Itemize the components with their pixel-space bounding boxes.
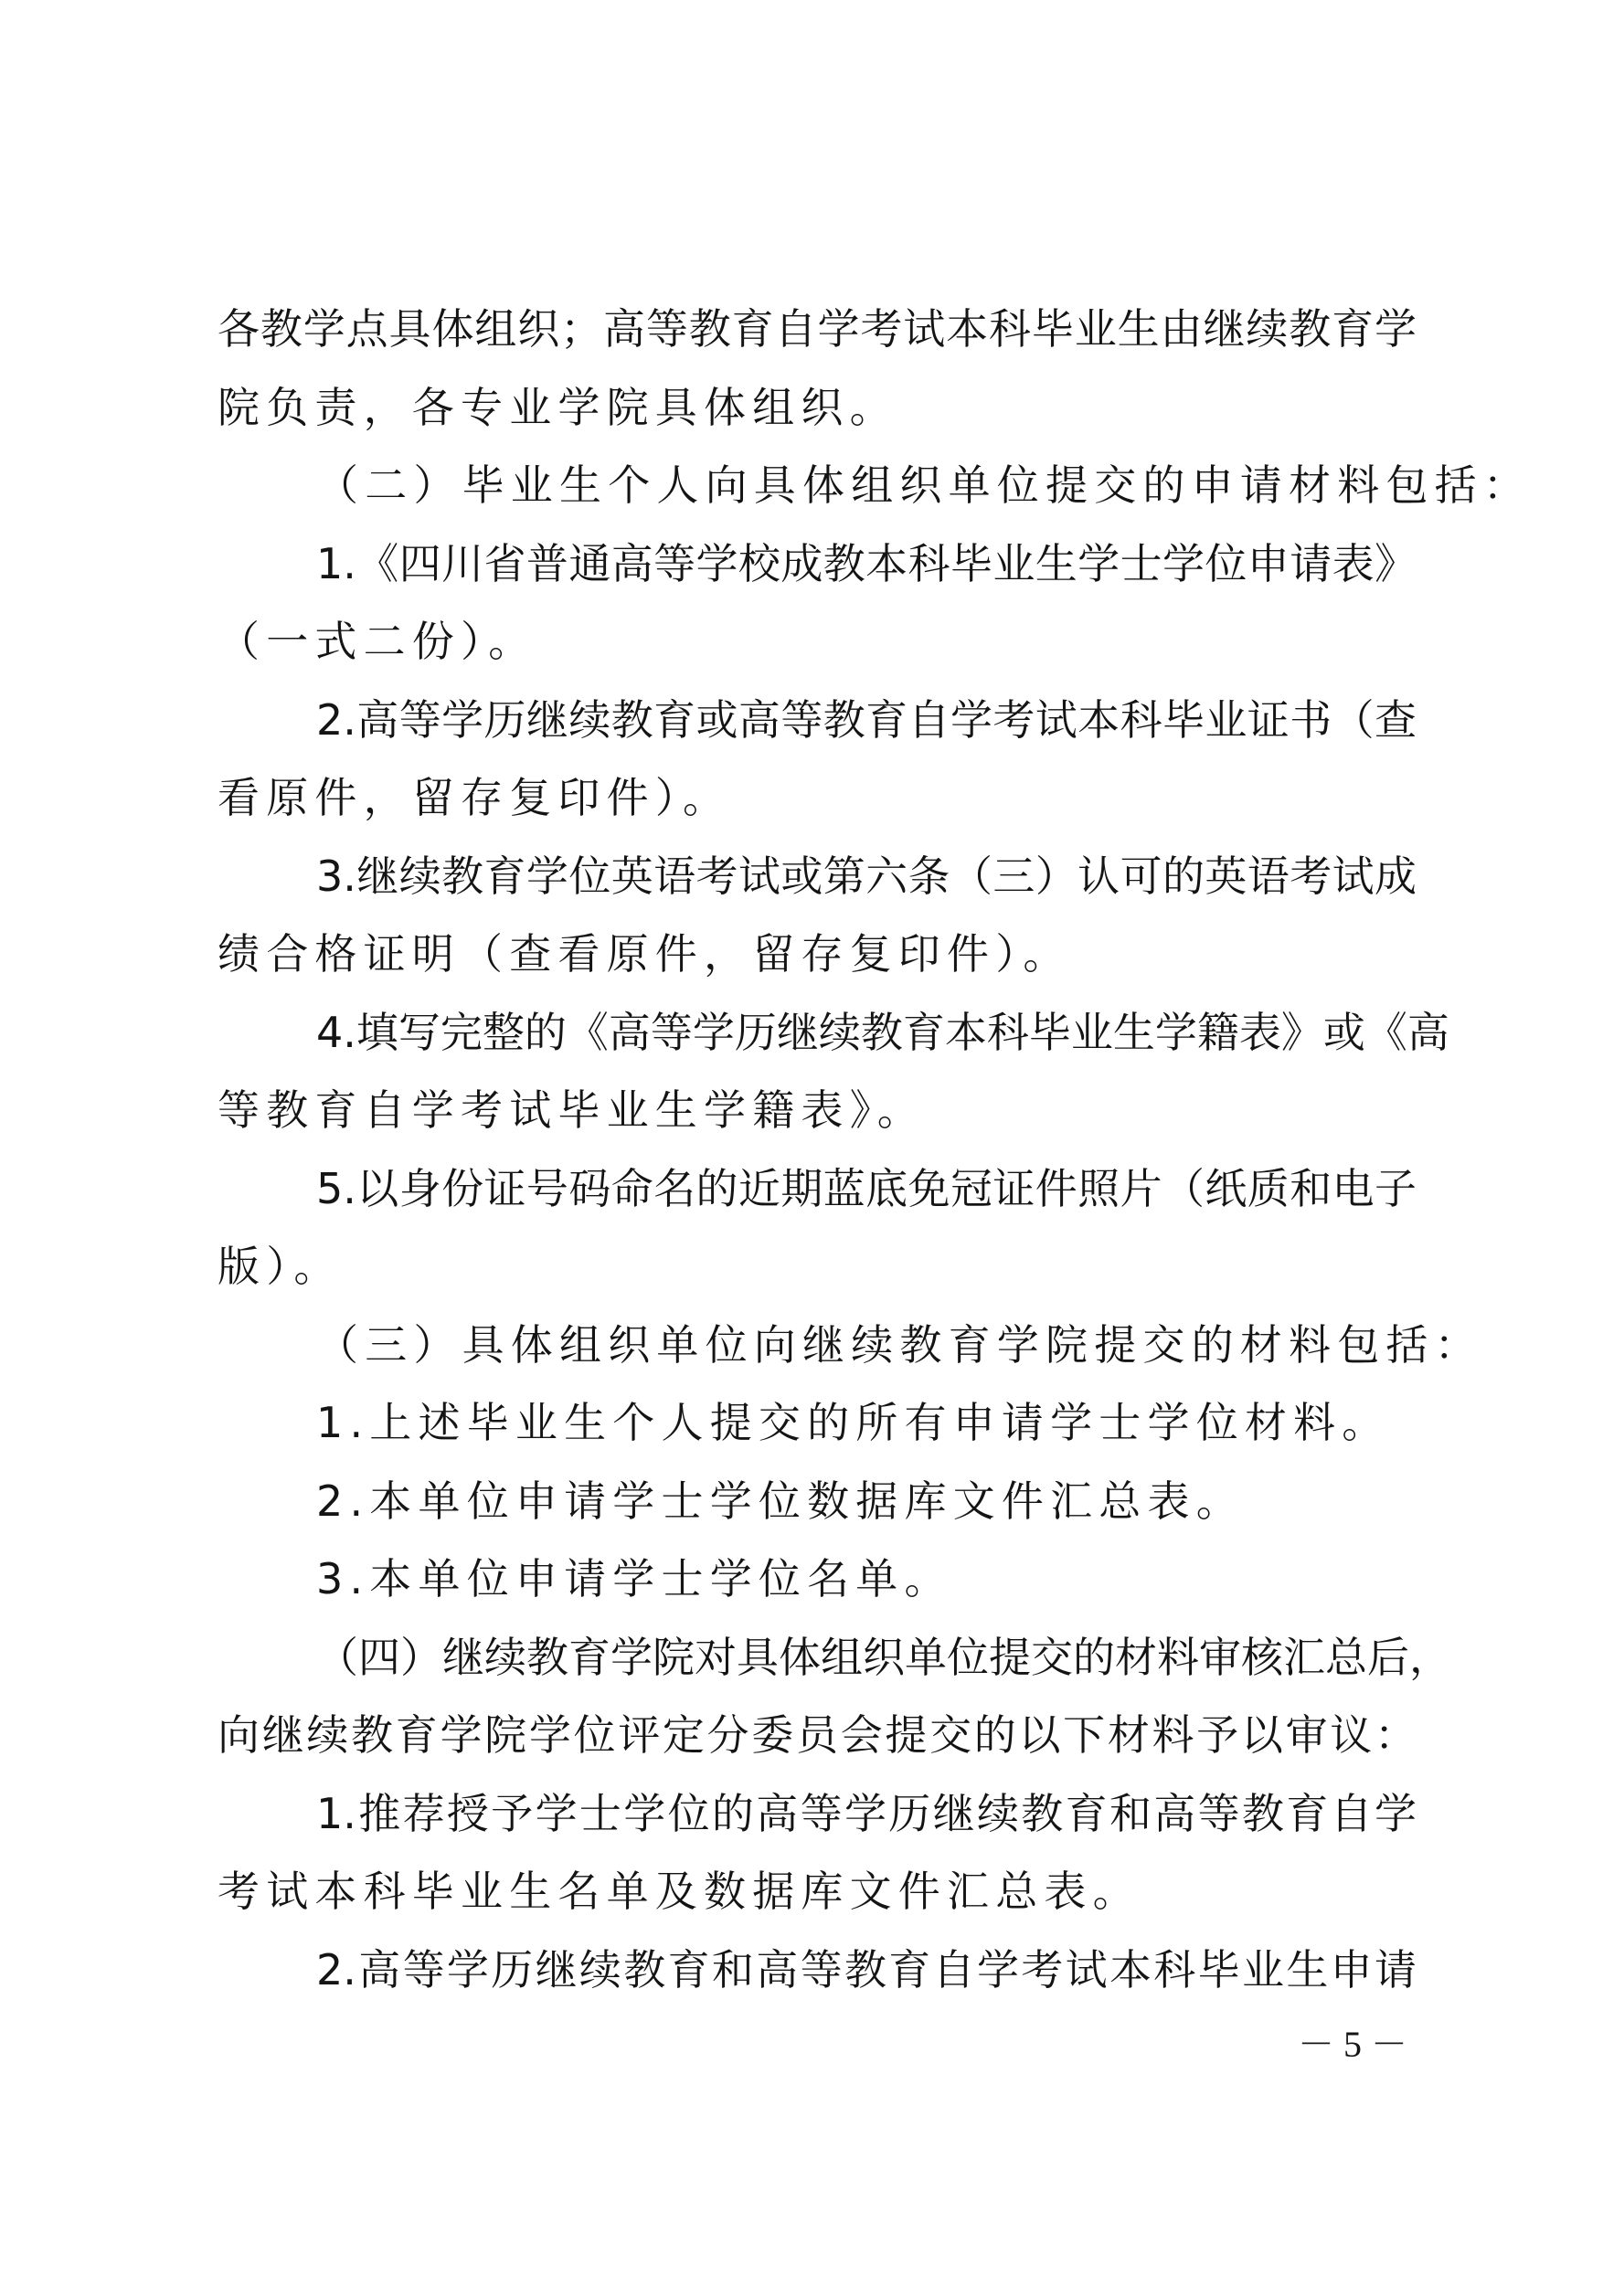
list-item: 2.高等学历继续教育和高等教育自学考试本科毕业生申请 xyxy=(218,1931,1417,2010)
list-item: 1.《四川省普通高等学校成教本科毕业生学士学位申请表》 xyxy=(218,525,1417,604)
list-item: 2.本单位申请学士学位数据库文件汇总表。 xyxy=(218,1463,1417,1541)
list-item: 4.填写完整的《高等学历继续教育本科毕业生学籍表》或《高 xyxy=(218,994,1417,1073)
section-heading-2: （二）毕业生个人向具体组织单位提交的申请材料包括： xyxy=(218,447,1417,525)
section-heading-3: （三）具体组织单位向继续教育学院提交的材料包括： xyxy=(218,1307,1417,1385)
text-line: 考试本科毕业生名单及数据库文件汇总表。 xyxy=(218,1853,1417,1931)
section-heading-4: （四）继续教育学院对具体组织单位提交的材料审核汇总后， xyxy=(218,1619,1417,1698)
text-line: （一式二份）。 xyxy=(218,603,1417,682)
text-line: 向继续教育学院学位评定分委员会提交的以下材料予以审议： xyxy=(218,1697,1417,1775)
list-item: 1.上述毕业生个人提交的所有申请学士学位材料。 xyxy=(218,1384,1417,1463)
list-item: 1.推荐授予学士学位的高等学历继续教育和高等教育自学 xyxy=(218,1775,1417,1854)
list-item: 2.高等学历继续教育或高等教育自学考试本科毕业证书（查 xyxy=(218,682,1417,760)
text-line: 版）。 xyxy=(218,1228,1417,1307)
document-page: 各教学点具体组织；高等教育自学考试本科毕业生由继续教育学 院负责，各专业学院具体… xyxy=(0,0,1624,2296)
text-line: 绩合格证明（查看原件，留存复印件）。 xyxy=(218,915,1417,994)
text-line: 各教学点具体组织；高等教育自学考试本科毕业生由继续教育学 xyxy=(218,291,1417,369)
page-number: － 5 － xyxy=(1298,2016,1407,2068)
text-line: 看原件，留存复印件）。 xyxy=(218,759,1417,838)
list-item: 3.继续教育学位英语考试或第六条（三）认可的英语考试成 xyxy=(218,838,1417,916)
document-body: 各教学点具体组织；高等教育自学考试本科毕业生由继续教育学 院负责，各专业学院具体… xyxy=(218,291,1417,2009)
text-line: 院负责，各专业学院具体组织。 xyxy=(218,369,1417,448)
text-line: 等教育自学考试毕业生学籍表》。 xyxy=(218,1072,1417,1150)
list-item: 5.以身份证号码命名的近期蓝底免冠证件照片（纸质和电子 xyxy=(218,1150,1417,1229)
list-item: 3.本单位申请学士学位名单。 xyxy=(218,1540,1417,1619)
